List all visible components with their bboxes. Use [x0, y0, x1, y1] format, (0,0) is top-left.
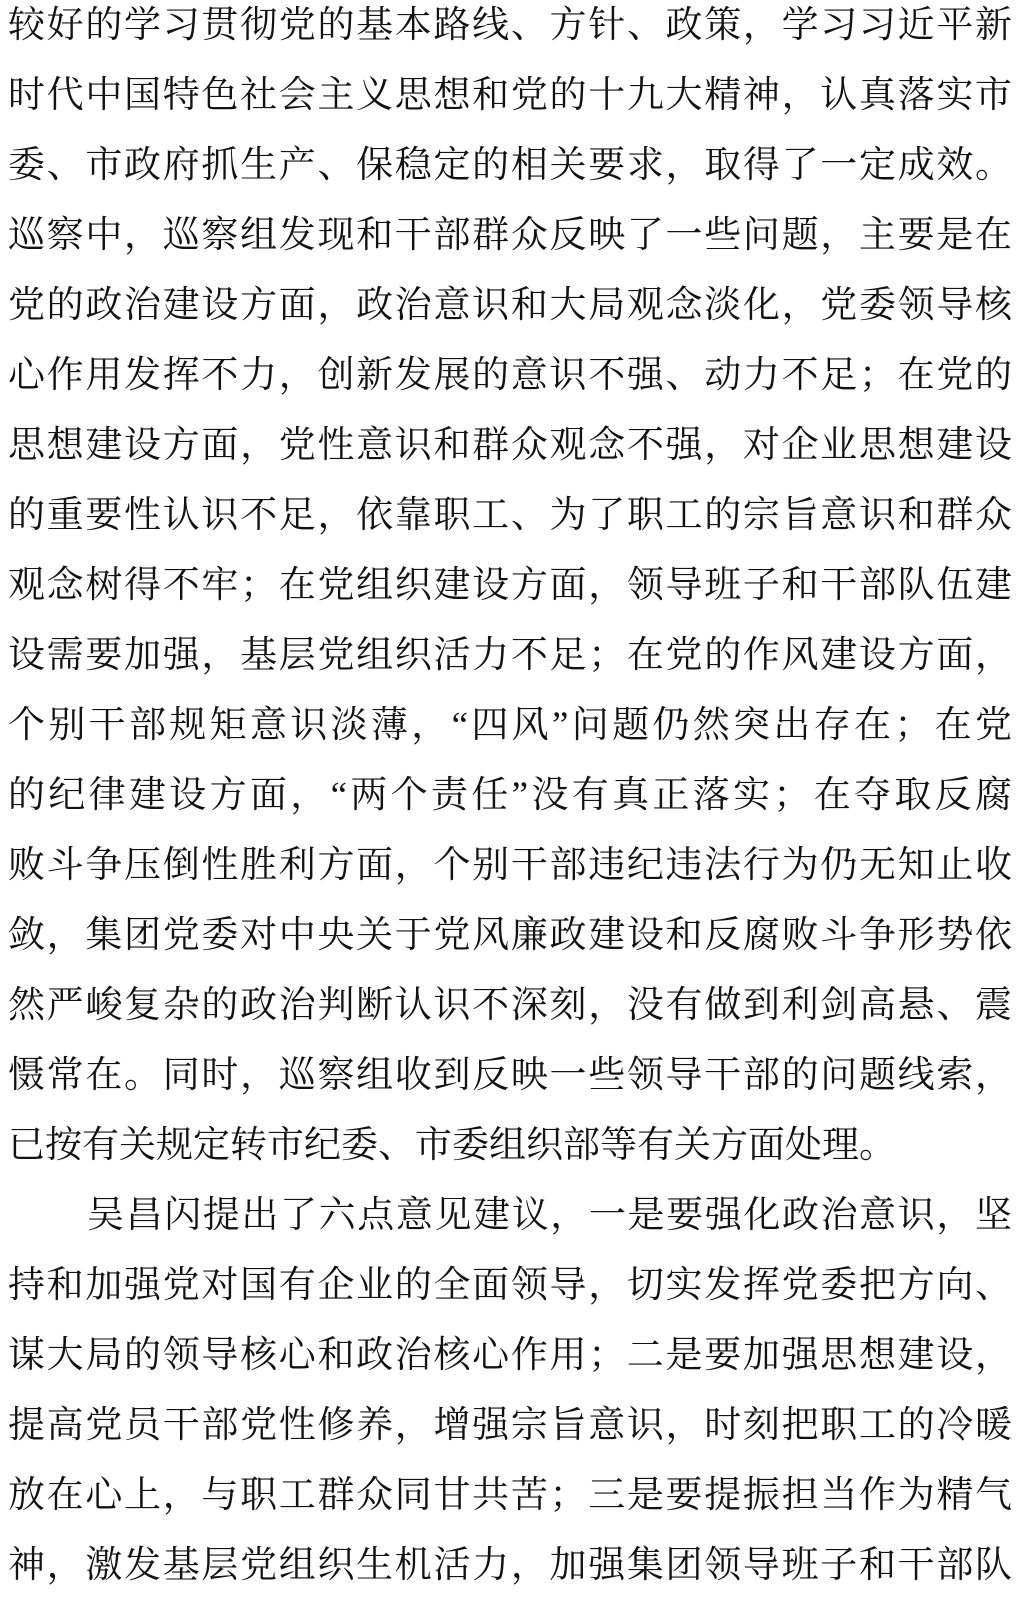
text-line: 设需要加强，基层党组织活力不足；在党的作风建设方面， [8, 621, 1012, 691]
text-line: 然严峻复杂的政治判断认识不深刻，没有做到利剑高悬、震 [8, 971, 1012, 1041]
text-line: 委、市政府抓生产、保稳定的相关要求，取得了一定成效。 [8, 131, 1012, 201]
text-line: 较好的学习贯彻党的基本路线、方针、政策，学习习近平新 [8, 0, 1012, 61]
text-line: 提高党员干部党性修养，增强宗旨意识，时刻把职工的冷暖 [8, 1391, 1012, 1461]
text-line: 思想建设方面，党性意识和群众观念不强，对企业思想建设 [8, 411, 1012, 481]
document-page: { "page": { "background_color": "#ffffff… [0, 0, 1024, 1600]
text-line-paragraph-end: 已按有关规定转市纪委、市委组织部等有关方面处理。 [8, 1111, 1012, 1181]
document-text-block: 较好的学习贯彻党的基本路线、方针、政策，学习习近平新 时代中国特色社会主义思想和… [8, 0, 1012, 1600]
text-line-paragraph-start: 吴昌闪提出了六点意见建议，一是要强化政治意识，坚 [8, 1181, 1012, 1251]
text-line: 的纪律建设方面，“两个责任”没有真正落实；在夺取反腐 [8, 761, 1012, 831]
text-line: 敛，集团党委对中央关于党风廉政建设和反腐败斗争形势依 [8, 901, 1012, 971]
document-body: 较好的学习贯彻党的基本路线、方针、政策，学习习近平新 时代中国特色社会主义思想和… [0, 0, 1024, 1591]
text-line: 持和加强党对国有企业的全面领导，切实发挥党委把方向、 [8, 1251, 1012, 1321]
text-line: 观念树得不牢；在党组织建设方面，领导班子和干部队伍建 [8, 551, 1012, 621]
text-line: 慑常在。同时，巡察组收到反映一些领导干部的问题线索， [8, 1041, 1012, 1111]
text-line: 时代中国特色社会主义思想和党的十九大精神，认真落实市 [8, 61, 1012, 131]
text-line: 巡察中，巡察组发现和干部群众反映了一些问题，主要是在 [8, 201, 1012, 271]
text-line: 放在心上，与职工群众同甘共苦；三是要提振担当作为精气 [8, 1461, 1012, 1531]
text-line: 神，激发基层党组织生机活力，加强集团领导班子和干部队 [8, 1531, 1012, 1600]
text-line: 败斗争压倒性胜利方面，个别干部违纪违法行为仍无知止收 [8, 831, 1012, 901]
text-line: 的重要性认识不足，依靠职工、为了职工的宗旨意识和群众 [8, 481, 1012, 551]
text-line: 个别干部规矩意识淡薄，“四风”问题仍然突出存在；在党 [8, 691, 1012, 761]
text-line: 心作用发挥不力，创新发展的意识不强、动力不足；在党的 [8, 341, 1012, 411]
text-line: 谋大局的领导核心和政治核心作用；二是要加强思想建设， [8, 1321, 1012, 1391]
text-line: 党的政治建设方面，政治意识和大局观念淡化，党委领导核 [8, 271, 1012, 341]
